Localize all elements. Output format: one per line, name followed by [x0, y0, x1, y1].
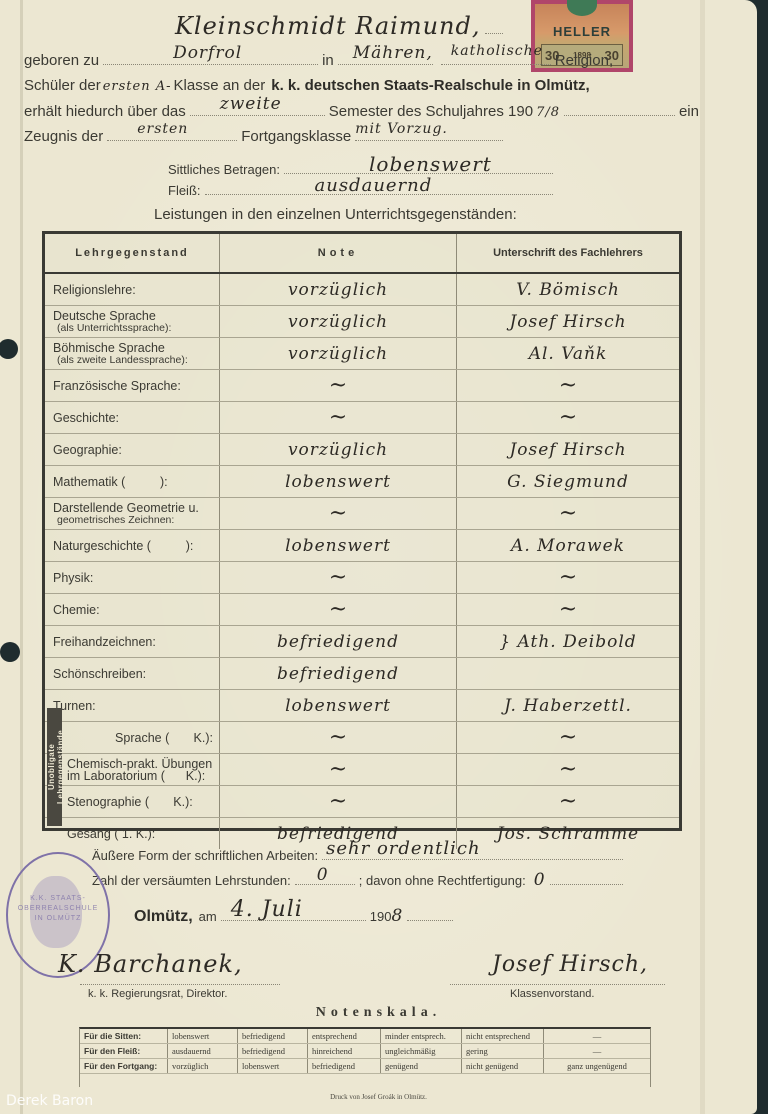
- grade-value: lobenswert: [285, 696, 391, 716]
- year-suffix: 8: [391, 906, 403, 926]
- grade-dash: ~: [329, 727, 347, 749]
- table-row: Geographie:vorzüglichJosef Hirsch: [45, 434, 679, 466]
- scale-value: entsprechend: [308, 1029, 381, 1043]
- conduct-value: lobenswert: [369, 152, 492, 176]
- missed-label: Zahl der versäumten Lehrstunden:: [92, 873, 291, 888]
- teacher-signature: G. Siegmund: [507, 472, 629, 492]
- subject-name: Schönschreiben:: [53, 668, 219, 680]
- subject-name: Freihandzeichnen:: [53, 636, 219, 648]
- scale-value: —: [544, 1044, 650, 1058]
- seal-text: K.K. STAATS-OBERREALSCHULE IN OLMÜTZ: [13, 894, 103, 924]
- progress-label: Fortgangsklasse: [241, 128, 351, 145]
- place: Olmütz,: [134, 908, 193, 926]
- scale-value: —: [544, 1029, 650, 1043]
- grading-scale-table: Für die Sitten: lobenswert befriedigend …: [79, 1027, 651, 1087]
- scale-row-diligence: Für den Fleiß: ausdauernd befriedigend h…: [80, 1044, 650, 1059]
- missed-lessons-line: Zahl der versäumten Lehrstunden: 0 ; dav…: [92, 870, 627, 890]
- scale-value: befriedigend: [238, 1029, 308, 1043]
- subject-sub: (als Unterrichtssprache):: [53, 322, 219, 334]
- teacher-signature: } Ath. Deibold: [499, 632, 636, 652]
- optional-subjects-label: Unobligate Lehrgegenstände: [47, 708, 62, 826]
- header-subject: Lehrgegenstand: [45, 234, 220, 272]
- progress-class: ersten: [137, 121, 188, 137]
- subject-name: Geographie:: [53, 444, 219, 456]
- born-label: geboren zu: [24, 52, 99, 69]
- stamp-emblem-icon: [567, 0, 597, 16]
- grade-dash: ~: [329, 407, 347, 429]
- teacher-dash: ~: [559, 375, 577, 397]
- punch-hole: [0, 642, 20, 662]
- director-signature: K. Barchanek,: [58, 950, 243, 978]
- pupil-line: Schüler der ersten A- Klasse an der k. k…: [24, 77, 699, 94]
- table-row: Stenographie ( K.):~~: [45, 786, 679, 818]
- grades-table: Lehrgegenstand Note Unterschrift des Fac…: [42, 231, 682, 831]
- grade-value: lobenswert: [285, 536, 391, 556]
- subject-name: Naturgeschichte ( ):: [53, 540, 219, 552]
- certificate-label: Zeugnis der: [24, 128, 103, 145]
- scale-value: befriedigend: [238, 1044, 308, 1058]
- subject-name: Böhmische Sprache: [53, 342, 219, 354]
- name-line: Kleinschmidt Raimund,: [175, 12, 507, 40]
- teacher-signature: A. Morawek: [511, 536, 625, 556]
- diligence-value: ausdauernd: [315, 175, 433, 196]
- table-row: Sprache ( K.):~~: [45, 722, 679, 754]
- header-teacher: Unterschrift des Fachlehrers: [457, 234, 679, 272]
- scale-label: Für die Sitten:: [80, 1029, 168, 1043]
- subject-name: Gesang ( 1. K.):: [67, 828, 219, 840]
- diligence-line: Fleiß: ausdauernd: [168, 183, 557, 198]
- birth-place: Dorfrol: [173, 43, 242, 63]
- table-row: Freihandzeichnen:befriedigend} Ath. Deib…: [45, 626, 679, 658]
- subject-sub: (als zweite Landessprache):: [53, 354, 219, 366]
- scale-row-progress: Für den Fortgang: vorzüglich lobenswert …: [80, 1059, 650, 1074]
- scale-label: Für den Fortgang:: [80, 1059, 168, 1073]
- subject-name: Physik:: [53, 572, 219, 584]
- class-value: ersten A-: [103, 79, 172, 94]
- teacher-dash: ~: [559, 791, 577, 813]
- table-row: Chemie:~~: [45, 594, 679, 626]
- pupil-label: Schüler der: [24, 77, 101, 94]
- director-title: k. k. Regierungsrat, Direktor.: [88, 988, 227, 1000]
- distinction-value: mit Vorzug.: [355, 121, 448, 137]
- table-row: Schönschreiben:befriedigend: [45, 658, 679, 690]
- grade-value: befriedigend: [277, 632, 399, 652]
- semester-value: zweite: [220, 94, 282, 114]
- scale-value: nicht entsprechend: [462, 1029, 544, 1043]
- grading-scale-title: Notenskala.: [0, 1005, 757, 1021]
- scale-value: befriedigend: [308, 1059, 381, 1073]
- scale-value: genügend: [381, 1059, 462, 1073]
- grades-table-header: Lehrgegenstand Note Unterschrift des Fac…: [45, 234, 679, 274]
- receives-label: erhält hiedurch über das: [24, 103, 186, 120]
- table-row: Darstellende Geometrie u.geometrisches Z…: [45, 498, 679, 530]
- watermark: Derek Baron: [6, 1093, 93, 1109]
- table-row: Religionslehre:vorzüglichV. Bömisch: [45, 274, 679, 306]
- certificate-paper: HELLER 30 1898 30 Kleinschmidt Raimund, …: [0, 0, 757, 1114]
- teacher-signature: Jos. Schramme: [497, 824, 639, 844]
- table-row: Naturgeschichte ( ):lobenswertA. Morawek: [45, 530, 679, 562]
- diligence-label: Fleiß:: [168, 183, 201, 198]
- missed-value: 0: [317, 865, 329, 885]
- grade-value: lobenswert: [285, 472, 391, 492]
- grade-value: vorzüglich: [288, 312, 388, 332]
- scale-value: lobenswert: [238, 1059, 308, 1073]
- subject-sub: im Laboratorium ( K.):: [67, 770, 219, 782]
- religion-value: katholische: [451, 43, 543, 59]
- semester-line: erhält hiedurch über das zweite Semester…: [24, 103, 699, 120]
- table-row: Deutsche Sprache(als Unterrichtssprache)…: [45, 306, 679, 338]
- written-form-label: Äußere Form der schriftlichen Arbeiten:: [92, 848, 318, 863]
- teacher-dash: ~: [559, 407, 577, 429]
- grade-value: vorzüglich: [288, 280, 388, 300]
- grade-dash: ~: [329, 791, 347, 813]
- subject-name: Darstellende Geometrie u.: [53, 502, 219, 514]
- subject-name: Stenographie ( K.):: [67, 796, 219, 808]
- ein-label: ein: [679, 103, 699, 120]
- stamp-label: HELLER: [535, 24, 629, 39]
- unexcused-label: ; davon ohne Rechtfertigung:: [359, 873, 526, 888]
- grade-dash: ~: [329, 599, 347, 621]
- grade-dash: ~: [329, 375, 347, 397]
- grade-dash: ~: [329, 567, 347, 589]
- scale-label: Für den Fleiß:: [80, 1044, 168, 1058]
- class-suffix: Klasse an der: [174, 77, 266, 94]
- grade-dash: ~: [329, 503, 347, 525]
- conduct-label: Sittliches Betragen:: [168, 162, 280, 177]
- religion-label: Religion,: [555, 52, 613, 69]
- student-name: Kleinschmidt Raimund,: [175, 12, 481, 40]
- header-grade: Note: [220, 234, 457, 272]
- table-row: Geschichte:~~: [45, 402, 679, 434]
- class-teacher-signature: Josef Hirsch,: [492, 952, 648, 977]
- scale-value: minder entsprech.: [381, 1029, 462, 1043]
- subject-name: Chemie:: [53, 604, 219, 616]
- teacher-dash: ~: [559, 599, 577, 621]
- unexcused-value: 0: [534, 870, 546, 890]
- birth-line: geboren zu Dorfrol in Mähren, katholisch…: [24, 52, 699, 69]
- written-form-value: sehr ordentlich: [326, 838, 480, 859]
- scale-value: vorzüglich: [168, 1059, 238, 1073]
- grade-dash: ~: [329, 759, 347, 781]
- teacher-dash: ~: [559, 727, 577, 749]
- subject-name: Religionslehre:: [53, 284, 219, 296]
- punch-hole: [0, 339, 18, 359]
- scale-value: ausdauernd: [168, 1044, 238, 1058]
- school-name: k. k. deutschen Staats-Realschule in Olm…: [271, 77, 589, 94]
- scale-value: hinreichend: [308, 1044, 381, 1058]
- date-day-month: 4. Juli: [231, 897, 303, 922]
- teacher-dash: ~: [559, 567, 577, 589]
- teacher-dash: ~: [559, 503, 577, 525]
- teacher-dash: ~: [559, 759, 577, 781]
- subject-name: Chemisch-prakt. Übungen: [67, 758, 219, 770]
- table-row: Böhmische Sprache(als zweite Landessprac…: [45, 338, 679, 370]
- subject-name: Mathematik ( ):: [53, 476, 219, 488]
- subject-sub: geometrisches Zeichnen:: [53, 514, 219, 526]
- scale-row-conduct: Für die Sitten: lobenswert befriedigend …: [80, 1029, 650, 1044]
- subject-name: Geschichte:: [53, 412, 219, 424]
- subject-name: Sprache ( K.):: [115, 732, 213, 744]
- subject-name: Turnen:: [53, 700, 219, 712]
- in-label: in: [322, 52, 334, 69]
- table-row: Chemisch-prakt. Übungenim Laboratorium (…: [45, 754, 679, 786]
- written-form-line: Äußere Form der schriftlichen Arbeiten: …: [92, 848, 627, 863]
- class-teacher-title: Klassenvorstand.: [510, 988, 594, 1000]
- progress-line: Zeugnis der ersten Fortgangsklasse mit V…: [24, 128, 507, 145]
- subject-name: Französische Sprache:: [53, 380, 219, 392]
- school-year: 7/8: [536, 105, 560, 120]
- year-prefix: 190: [370, 909, 392, 924]
- scale-value: ungleichmäßig: [381, 1044, 462, 1058]
- teacher-signature: Al. Vaňk: [529, 344, 608, 364]
- printer-note: Druck von Josef Groák in Olmütz.: [0, 1093, 757, 1101]
- date-line: Olmütz, am 4. Juli 190 8: [134, 906, 457, 926]
- am-label: am: [199, 909, 217, 924]
- grades-table-body: Religionslehre:vorzüglichV. Bömisch Deut…: [45, 274, 679, 849]
- semester-label: Semester des Schuljahres 190: [329, 103, 533, 120]
- birth-land: Mähren,: [353, 43, 433, 63]
- table-row: Französische Sprache:~~: [45, 370, 679, 402]
- grade-value: vorzüglich: [288, 344, 388, 364]
- scale-value: gering: [462, 1044, 544, 1058]
- teacher-signature: Josef Hirsch: [509, 312, 626, 332]
- teacher-signature: Josef Hirsch: [509, 440, 626, 460]
- scale-value: nicht genügend: [462, 1059, 544, 1073]
- table-row: Physik:~~: [45, 562, 679, 594]
- table-row: Mathematik ( ):lobenswertG. Siegmund: [45, 466, 679, 498]
- achievements-title: Leistungen in den einzelnen Unterrichtsg…: [154, 206, 699, 223]
- teacher-signature: V. Bömisch: [516, 280, 620, 300]
- subject-name: Deutsche Sprache: [53, 310, 219, 322]
- grade-value: befriedigend: [277, 664, 399, 684]
- table-row: Turnen:lobenswertJ. Haberzettl.: [45, 690, 679, 722]
- teacher-signature: J. Haberzettl.: [504, 696, 632, 716]
- grade-value: vorzüglich: [288, 440, 388, 460]
- scale-value: ganz ungenügend: [544, 1059, 650, 1073]
- scale-value: lobenswert: [168, 1029, 238, 1043]
